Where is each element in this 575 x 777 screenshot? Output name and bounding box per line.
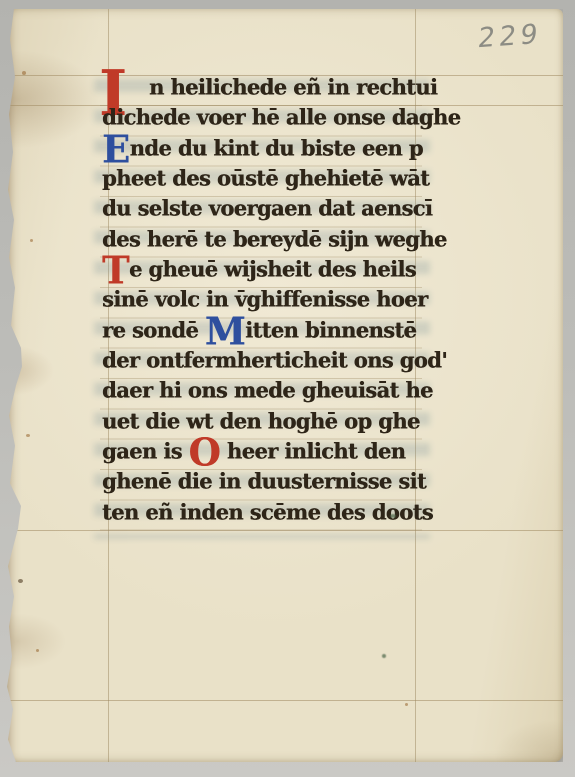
text-line: dichede voer hē alle onse daghe [102,102,460,133]
text-line: daer hi ons mede gheuisāt he [102,375,433,406]
folio-number: 229 [476,19,543,55]
script-text: daer hi ons mede gheuisāt he [102,377,433,403]
script-text: ten eñ inden scēme des doots [102,498,433,524]
script-text: nde du kint du biste een p [130,134,423,160]
text-line: ghenē die in duusternisse sit [102,466,426,497]
script-text: der ontfermherticheit ons god' [102,346,447,372]
script-text: pheet des oūstē ghehietē wāt [102,164,429,190]
stain-speck [405,703,408,706]
text-line: der ontfermherticheit ons god' [102,344,447,375]
script-text: ghenē die in duusternisse sit [102,468,426,494]
script-text: re sondē [102,316,205,342]
script-text: uet die wt den hoghē op ghe [102,407,420,433]
script-text: des herē te bereydē sijn weghe [102,225,447,251]
photo-background: 229 In heilichede eñ in rechtuidichede v… [0,0,575,777]
stain-speck [26,434,30,437]
script-text: dichede voer hē alle onse daghe [102,104,460,130]
stain-speck [382,654,386,658]
ruling-line-bottom-2 [6,700,563,701]
script-text: e gheuē wijsheit des heils [129,255,416,281]
script-text: du selste voergaen dat aenscī [102,195,432,221]
stain-speck [30,239,33,242]
text-line: gaen is O heer inlicht den [102,435,405,466]
text-block: In heilichede eñ in rechtuidichede voer … [102,72,446,542]
manuscript-leaf: 229 In heilichede eñ in rechtuidichede v… [6,9,563,762]
text-line: des herē te bereydē sijn weghe [102,223,447,254]
stain-speck [18,579,23,583]
script-text: gaen is [102,437,189,463]
script-text: sinē volc in v̄ghiffenisse hoer [102,286,427,312]
script-text: itten binnenstē [245,316,416,342]
stain-speck [36,649,39,652]
text-line: Te gheuē wijsheit des heils [102,253,416,284]
text-line: uet die wt den hoghē op ghe [102,405,420,436]
script-text: n heilichede eñ in rechtui [149,73,437,99]
text-line: sinē volc in v̄ghiffenisse hoer [102,284,427,315]
text-line: re sondē Mitten binnenstē [102,314,416,345]
stain-speck [22,71,26,75]
text-line: Ende du kint du biste een p [102,132,423,163]
text-line: ten eñ inden scēme des doots [102,496,433,527]
text-line: pheet des oūstē ghehietē wāt [102,162,429,193]
stain-speck [390,514,396,518]
text-line: In heilichede eñ in rechtui [102,71,437,102]
text-line: du selste voergaen dat aenscī [102,193,432,224]
script-text: heer inlicht den [220,437,405,463]
